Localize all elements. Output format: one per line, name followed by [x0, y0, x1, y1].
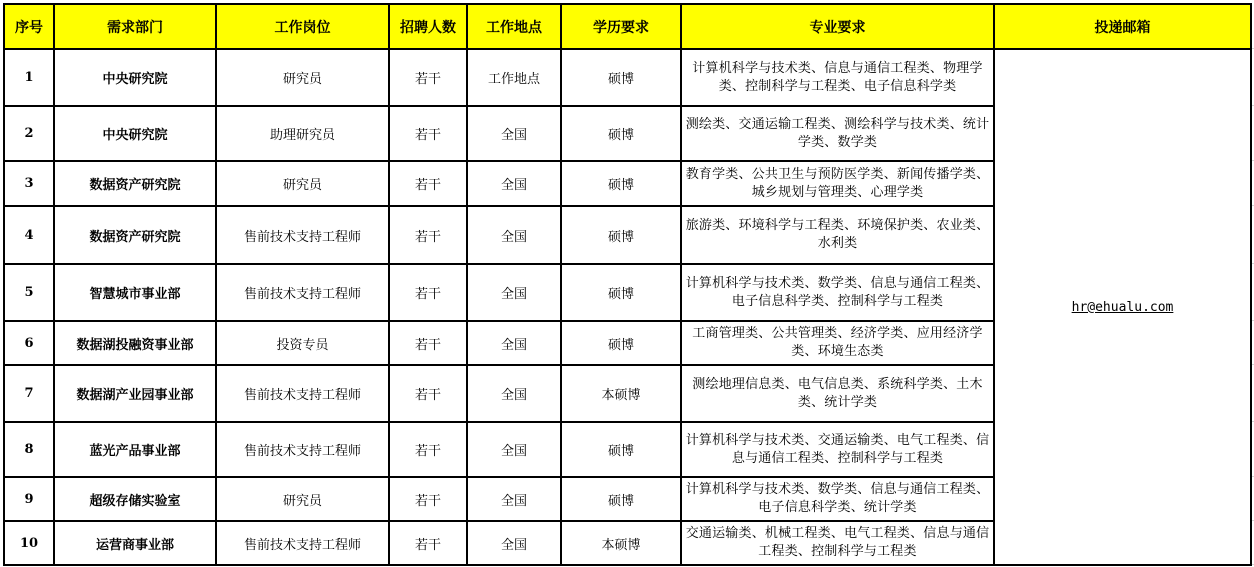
header-location[interactable]: 工作地点: [467, 4, 561, 49]
cell-count[interactable]: 若干: [389, 365, 467, 422]
cell-position[interactable]: 售前技术支持工程师: [216, 365, 389, 422]
cell-count[interactable]: 若干: [389, 264, 467, 321]
cell-location[interactable]: 全国: [467, 477, 561, 521]
cell-position[interactable]: 助理研究员: [216, 106, 389, 161]
cell-dept[interactable]: 数据湖投融资事业部: [54, 321, 216, 365]
cell-position[interactable]: 售前技术支持工程师: [216, 264, 389, 321]
cell-major[interactable]: 计算机科学与技术类、信息与通信工程类、物理学类、控制科学与工程类、电子信息科学类: [681, 49, 994, 106]
cell-degree[interactable]: 本硕博: [561, 521, 681, 565]
cell-location[interactable]: 全国: [467, 521, 561, 565]
cell-count[interactable]: 若干: [389, 321, 467, 365]
cell-position[interactable]: 研究员: [216, 477, 389, 521]
cell-location[interactable]: 全国: [467, 161, 561, 206]
cell-dept[interactable]: 数据资产研究院: [54, 206, 216, 264]
cell-no[interactable]: 10: [4, 521, 54, 565]
cell-count[interactable]: 若干: [389, 161, 467, 206]
cell-no[interactable]: 1: [4, 49, 54, 106]
cell-count[interactable]: 若干: [389, 49, 467, 106]
cell-count[interactable]: 若干: [389, 106, 467, 161]
cell-degree[interactable]: 硕博: [561, 206, 681, 264]
cell-major[interactable]: 旅游类、环境科学与工程类、环境保护类、农业类、水利类: [681, 206, 994, 264]
header-email[interactable]: 投递邮箱: [994, 4, 1251, 49]
cell-degree[interactable]: 硕博: [561, 106, 681, 161]
cell-no[interactable]: 7: [4, 365, 54, 422]
cell-count[interactable]: 若干: [389, 477, 467, 521]
table-row: 1 中央研究院 研究员 若干 工作地点 硕博 计算机科学与技术类、信息与通信工程…: [4, 49, 1251, 106]
cell-dept[interactable]: 智慧城市事业部: [54, 264, 216, 321]
cell-no[interactable]: 8: [4, 422, 54, 477]
email-link[interactable]: hr@ehualu.com: [1072, 300, 1174, 315]
cell-dept[interactable]: 超级存储实验室: [54, 477, 216, 521]
cell-position[interactable]: 售前技术支持工程师: [216, 206, 389, 264]
cell-major[interactable]: 计算机科学与技术类、交通运输类、电气工程类、信息与通信工程类、控制科学与工程类: [681, 422, 994, 477]
cell-no[interactable]: 2: [4, 106, 54, 161]
cell-major[interactable]: 计算机科学与技术类、数学类、信息与通信工程类、电子信息科学类、统计学类: [681, 477, 994, 521]
cell-degree[interactable]: 硕博: [561, 321, 681, 365]
cell-major[interactable]: 测绘地理信息类、电气信息类、系统科学类、土木类、统计学类: [681, 365, 994, 422]
cell-degree[interactable]: 硕博: [561, 49, 681, 106]
cell-email[interactable]: hr@ehualu.com: [994, 49, 1251, 565]
cell-count[interactable]: 若干: [389, 422, 467, 477]
cell-dept[interactable]: 数据湖产业园事业部: [54, 365, 216, 422]
cell-location[interactable]: 全国: [467, 321, 561, 365]
cell-degree[interactable]: 本硕博: [561, 365, 681, 422]
cell-major[interactable]: 测绘类、交通运输工程类、测绘科学与技术类、统计学类、数学类: [681, 106, 994, 161]
cell-location[interactable]: 全国: [467, 206, 561, 264]
cell-no[interactable]: 3: [4, 161, 54, 206]
cell-major[interactable]: 计算机科学与技术类、数学类、信息与通信工程类、电子信息科学类、控制科学与工程类: [681, 264, 994, 321]
cell-no[interactable]: 9: [4, 477, 54, 521]
header-major[interactable]: 专业要求: [681, 4, 994, 49]
cell-location[interactable]: 全国: [467, 264, 561, 321]
cell-count[interactable]: 若干: [389, 206, 467, 264]
cell-position[interactable]: 研究员: [216, 49, 389, 106]
cell-location[interactable]: 全国: [467, 422, 561, 477]
cell-major[interactable]: 工商管理类、公共管理类、经济学类、应用经济学类、环境生态类: [681, 321, 994, 365]
cell-degree[interactable]: 硕博: [561, 477, 681, 521]
cell-no[interactable]: 4: [4, 206, 54, 264]
header-dept[interactable]: 需求部门: [54, 4, 216, 49]
cell-location[interactable]: 全国: [467, 365, 561, 422]
header-degree[interactable]: 学历要求: [561, 4, 681, 49]
cell-dept[interactable]: 数据资产研究院: [54, 161, 216, 206]
cell-location[interactable]: 工作地点: [467, 49, 561, 106]
header-count[interactable]: 招聘人数: [389, 4, 467, 49]
recruitment-table: 序号 需求部门 工作岗位 招聘人数 工作地点 学历要求 专业要求 投递邮箱 1 …: [3, 3, 1252, 566]
header-row: 序号 需求部门 工作岗位 招聘人数 工作地点 学历要求 专业要求 投递邮箱: [4, 4, 1251, 49]
cell-location[interactable]: 全国: [467, 106, 561, 161]
cell-position[interactable]: 售前技术支持工程师: [216, 422, 389, 477]
cell-major[interactable]: 教育学类、公共卫生与预防医学类、新闻传播学类、城乡规划与管理类、心理学类: [681, 161, 994, 206]
cell-dept[interactable]: 中央研究院: [54, 49, 216, 106]
cell-no[interactable]: 5: [4, 264, 54, 321]
cell-position[interactable]: 投资专员: [216, 321, 389, 365]
cell-dept[interactable]: 蓝光产品事业部: [54, 422, 216, 477]
header-position[interactable]: 工作岗位: [216, 4, 389, 49]
cell-dept[interactable]: 中央研究院: [54, 106, 216, 161]
cell-count[interactable]: 若干: [389, 521, 467, 565]
cell-major[interactable]: 交通运输类、机械工程类、电气工程类、信息与通信工程类、控制科学与工程类: [681, 521, 994, 565]
header-no[interactable]: 序号: [4, 4, 54, 49]
cell-dept[interactable]: 运营商事业部: [54, 521, 216, 565]
cell-position[interactable]: 研究员: [216, 161, 389, 206]
cell-degree[interactable]: 硕博: [561, 161, 681, 206]
cell-degree[interactable]: 硕博: [561, 422, 681, 477]
cell-degree[interactable]: 硕博: [561, 264, 681, 321]
cell-no[interactable]: 6: [4, 321, 54, 365]
cell-position[interactable]: 售前技术支持工程师: [216, 521, 389, 565]
